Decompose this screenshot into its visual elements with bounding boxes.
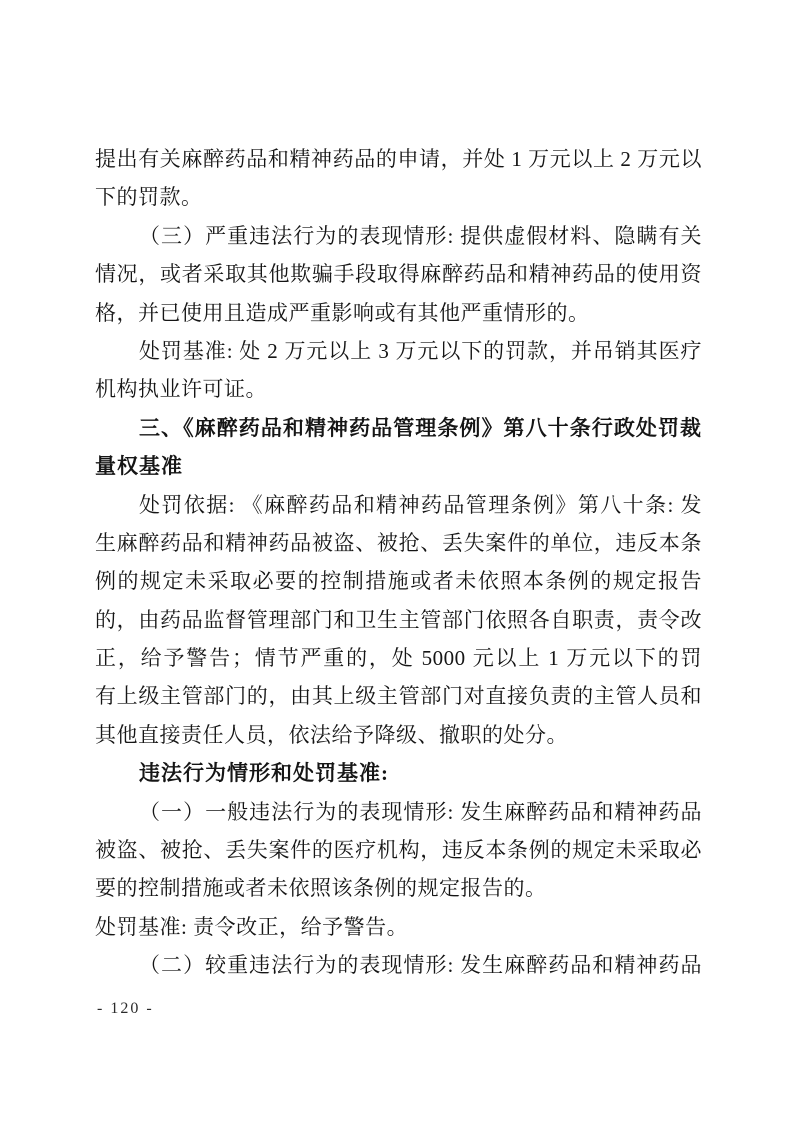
text-line: 下的罚款。 xyxy=(95,178,702,216)
document-page: 提出有关麻醉药品和精神药品的申请，并处 1 万元以上 2 万元以下的罚款。（三）… xyxy=(0,0,793,1122)
document-body: 提出有关麻醉药品和精神药品的申请，并处 1 万元以上 2 万元以下的罚款。（三）… xyxy=(95,140,702,985)
text-line: 有上级主管部门的，由其上级主管部门对直接负责的主管人员和 xyxy=(95,677,702,715)
text-line: （一）一般违法行为的表现情形: 发生麻醉药品和精神药品 xyxy=(95,793,702,831)
text-line: 格，并已使用且造成严重影响或有其他严重情形的。 xyxy=(95,294,702,332)
text-line: 处罚基准: 处 2 万元以上 3 万元以下的罚款，并吊销其医疗 xyxy=(95,332,702,370)
text-line: 三、《麻醉药品和精神药品管理条例》第八十条行政处罚裁 xyxy=(95,409,702,447)
text-line: 情况，或者采取其他欺骗手段取得麻醉药品和精神药品的使用资 xyxy=(95,255,702,293)
text-line: 违法行为情形和处罚基准: xyxy=(95,754,702,792)
text-line: 其他直接责任人员，依法给予降级、撤职的处分。 xyxy=(95,716,702,754)
text-line: 量权基准 xyxy=(95,447,702,485)
text-line: （三）严重违法行为的表现情形: 提供虚假材料、隐瞒有关 xyxy=(95,217,702,255)
text-line: 正，给予警告；情节严重的，处 5000 元以上 1 万元以下的罚款； xyxy=(95,639,702,677)
text-line: 例的规定未采取必要的控制措施或者未依照本条例的规定报告 xyxy=(95,562,702,600)
text-line: 的，由药品监督管理部门和卫生主管部门依照各自职责，责令改 xyxy=(95,601,702,639)
text-line: 生麻醉药品和精神药品被盗、被抢、丢失案件的单位，违反本条 xyxy=(95,524,702,562)
text-line: 被盗、被抢、丢失案件的医疗机构，违反本条例的规定未采取必 xyxy=(95,831,702,869)
text-line: （二）较重违法行为的表现情形: 发生麻醉药品和精神药品 xyxy=(95,946,702,984)
page-number: - 120 - xyxy=(97,1000,154,1018)
text-line: 处罚基准: 责令改正，给予警告。 xyxy=(95,908,702,946)
text-line: 处罚依据: 《麻醉药品和精神药品管理条例》第八十条: 发 xyxy=(95,486,702,524)
text-line: 提出有关麻醉药品和精神药品的申请，并处 1 万元以上 2 万元以 xyxy=(95,140,702,178)
text-line: 要的控制措施或者未依照该条例的规定报告的。 xyxy=(95,869,702,907)
text-line: 机构执业许可证。 xyxy=(95,370,702,408)
